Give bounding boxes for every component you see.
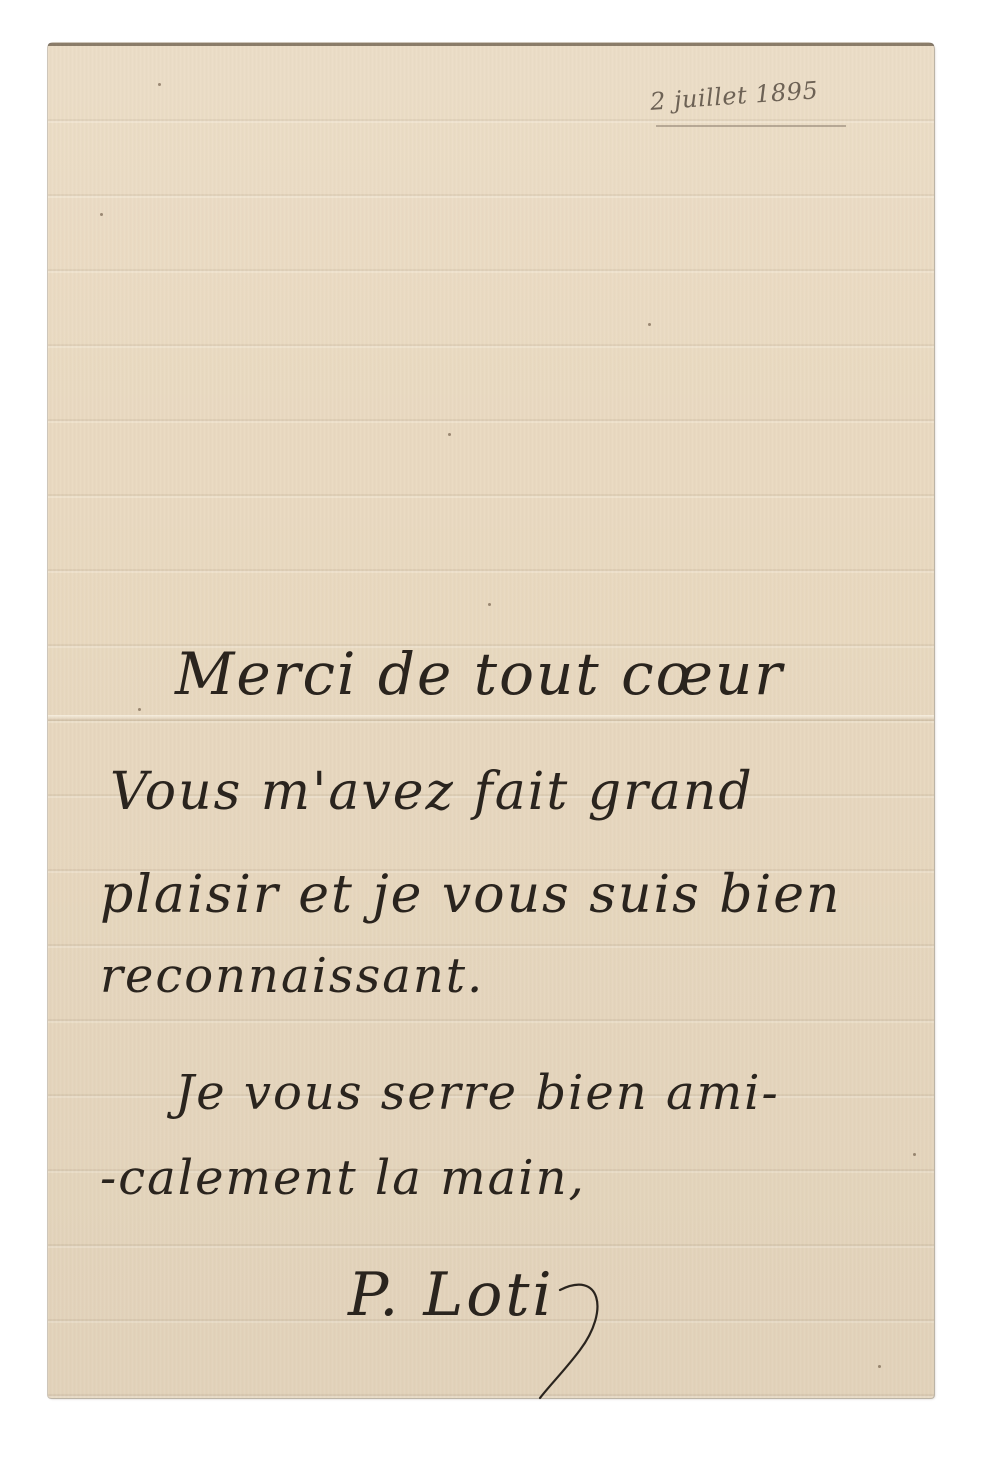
paper-speck xyxy=(913,1153,916,1156)
letter-line-1: Merci de tout cœur xyxy=(175,640,784,708)
paper-speck xyxy=(488,603,491,606)
paper-fold-crease xyxy=(48,715,934,721)
letter-line-3: plaisir et je vous suis bien xyxy=(100,865,841,925)
letter-line-6: -calement la main, xyxy=(100,1150,586,1206)
paper-speck xyxy=(448,433,451,436)
paper-speck xyxy=(878,1365,881,1368)
date-underline xyxy=(656,125,846,127)
paper-speck xyxy=(100,213,103,216)
letter-line-5: Je vous serre bien ami- xyxy=(175,1065,780,1121)
letter-line-4: reconnaissant. xyxy=(100,948,484,1004)
signature-flourish-icon xyxy=(520,1270,610,1400)
paper-speck xyxy=(648,323,651,326)
paper-speck xyxy=(158,83,161,86)
letter-line-2: Vous m'avez fait grand xyxy=(110,762,754,822)
paper-speck xyxy=(138,708,141,711)
